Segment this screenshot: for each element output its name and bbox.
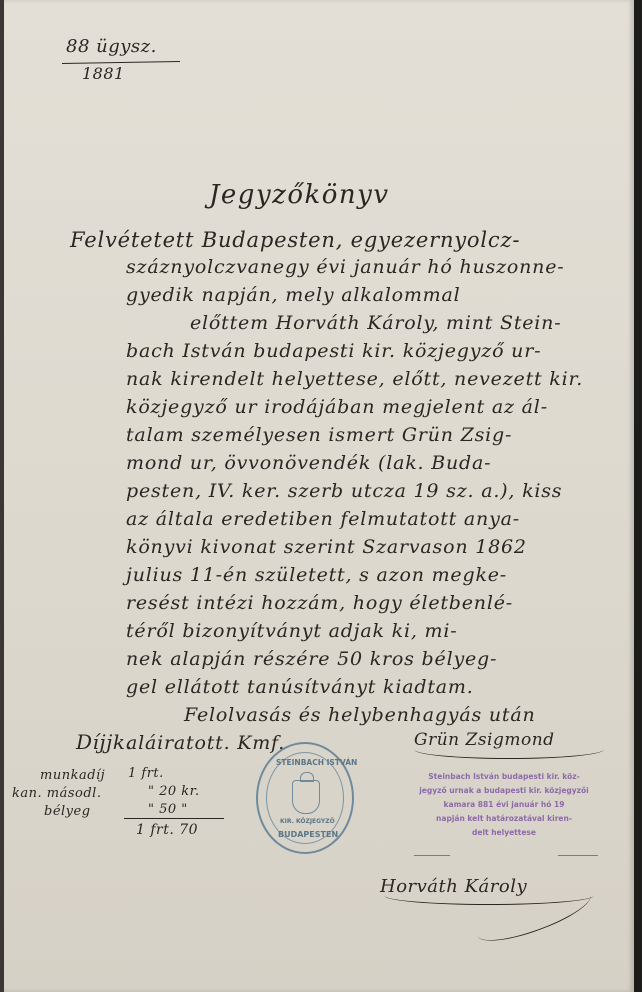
- body-line: bach István budapesti kir. közjegyző ur-: [126, 340, 541, 362]
- stamp-line: Steinbach István budapesti kir. köz-: [404, 770, 604, 784]
- seal-bottom-text: BUDAPESTEN: [278, 830, 338, 839]
- body-line: aláiratott. Kmf.: [126, 732, 285, 754]
- fees-total: 1 frt. 70: [136, 822, 198, 838]
- hungarian-crest-icon: [292, 780, 320, 814]
- reference-year: 1881: [82, 64, 125, 83]
- stamp-line: jegyző urnak a budapesti kir. közjegyzői: [404, 784, 604, 798]
- body-line: gyedik napján, mely alkalommal: [126, 284, 461, 306]
- stamp-line: napján kelt határozatával kiren-: [404, 812, 604, 826]
- fee-value: " 50 ": [148, 802, 188, 817]
- document-title: Jegyzőkönyv: [209, 180, 390, 210]
- body-line: könyvi kivonat szerint Szarvason 1862: [126, 536, 527, 558]
- body-line: az általa eredetiben felmutatott anya-: [126, 508, 520, 530]
- body-line: mond ur, övvonövendék (lak. Buda-: [126, 452, 491, 474]
- notary-seal: STEINBACH ISTVÁN KIR. KÖZJEGYZŐ BUDAPEST…: [256, 742, 354, 854]
- fee-label: bélyeg: [44, 804, 91, 819]
- body-line: Felvétetett Budapesten, egyezernyolcz-: [70, 228, 520, 252]
- body-line: julius 11-én született, s azon megke-: [126, 564, 507, 586]
- stamp-line: delt helyettese: [404, 826, 604, 840]
- document-page: 88 ügysz. 1881 Jegyzőkönyv Felvétetett B…: [4, 0, 634, 992]
- body-line: talam személyesen ismert Grün Zsig-: [126, 424, 512, 446]
- stamp-rule-left: [414, 855, 450, 856]
- reference-number: 88 ügysz.: [66, 36, 157, 57]
- body-line: gel ellátott tanúsítványt kiadtam.: [126, 676, 474, 698]
- substitute-notary-stamp: Steinbach István budapesti kir. köz- jeg…: [404, 770, 604, 848]
- scan-right-edge: [634, 0, 642, 992]
- body-line: téről bizonyítványt adjak ki, mi-: [126, 620, 457, 642]
- fee-label: munkadíj: [40, 768, 105, 783]
- body-line: Felolvasás és helybenhagyás után: [184, 704, 536, 726]
- seal-middle-text: KIR. KÖZJEGYZŐ: [280, 818, 335, 825]
- body-line: pesten, IV. ker. szerb utcza 19 sz. a.),…: [126, 480, 562, 502]
- body-line: közjegyző ur irodájában megjelent az ál-: [126, 396, 548, 418]
- body-line: száznyolczvanegy évi január hó huszonne-: [126, 256, 564, 278]
- stamp-rule-right: [558, 855, 598, 856]
- body-line: előttem Horváth Károly, mint Stein-: [190, 312, 561, 334]
- fees-title: Díjjk.: [76, 730, 132, 754]
- body-line: resést intézi hozzám, hogy életbenlé-: [126, 592, 513, 614]
- fee-label: kan. másodl.: [12, 786, 101, 801]
- body-line: nak kirendelt helyettese, előtt, nevezet…: [126, 368, 583, 390]
- fee-value: " 20 kr.: [148, 784, 200, 799]
- fee-value: 1 frt.: [128, 766, 164, 781]
- seal-top-text: STEINBACH ISTVÁN: [276, 758, 357, 767]
- stamp-line: kamara 881 évi január hó 19: [404, 798, 604, 812]
- party-signature-flourish: [414, 740, 604, 759]
- body-line: nek alapján részére 50 kros bélyeg-: [126, 648, 497, 670]
- fees-total-rule: [124, 818, 224, 819]
